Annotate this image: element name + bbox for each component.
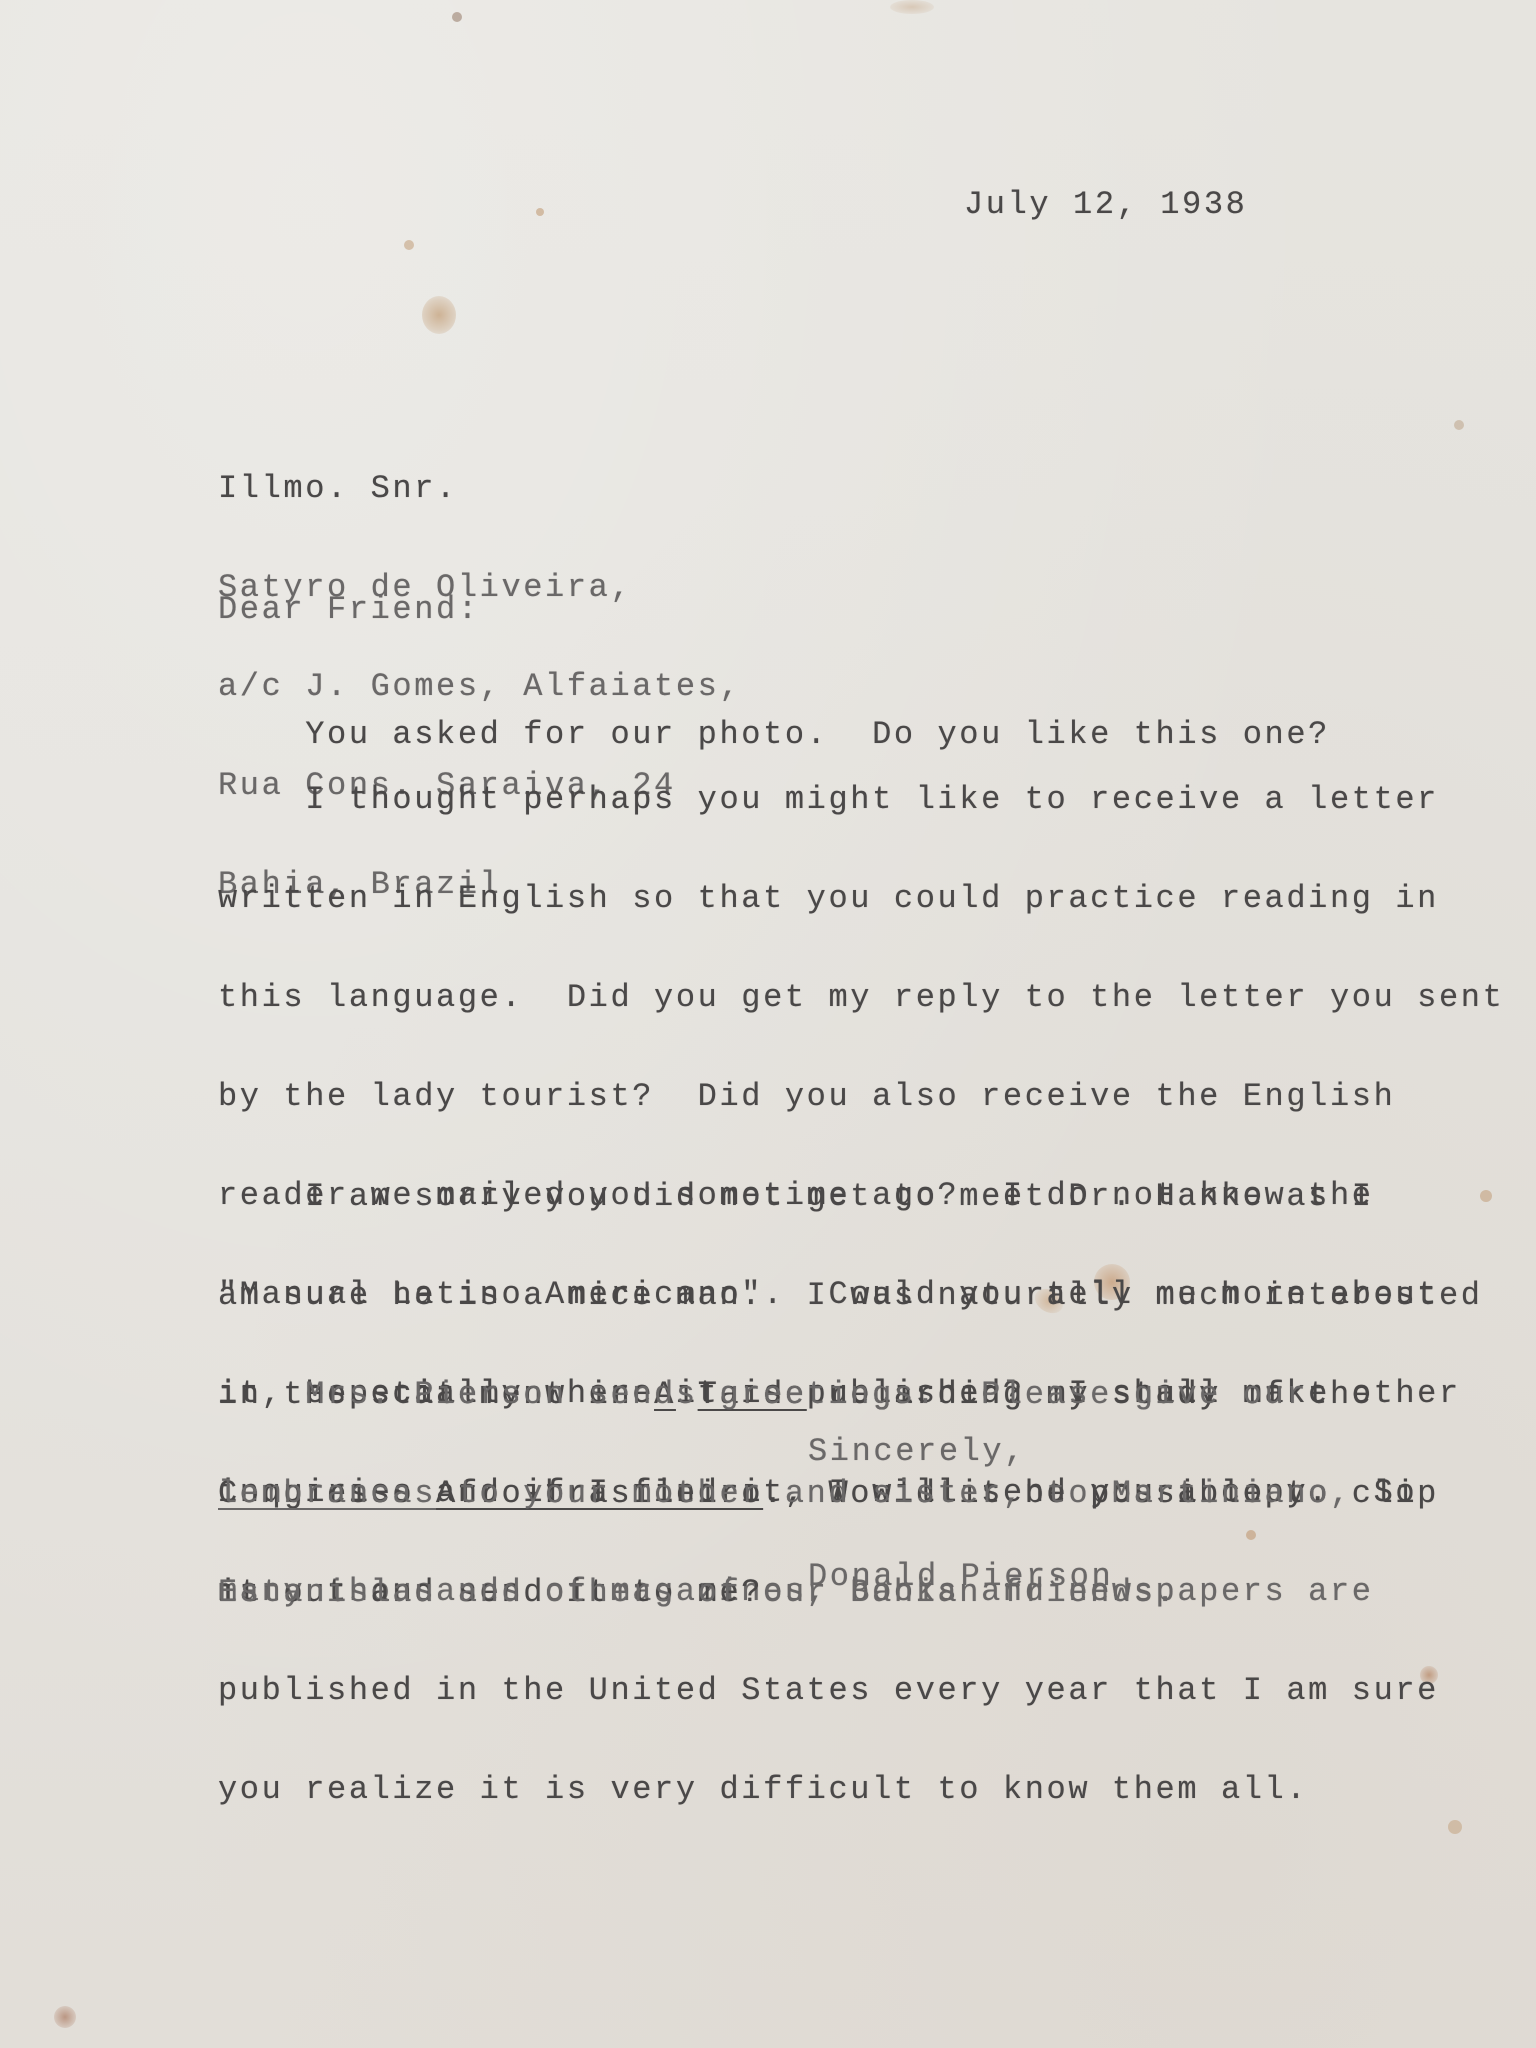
body-line: am sure he is a nice man. I was naturall… xyxy=(218,1279,1483,1312)
age-stain xyxy=(452,12,462,22)
letter-page: July 12, 1938 Illmo. Snr. Satyro de Oliv… xyxy=(0,0,1536,2048)
body-line: you realize it is very difficult to know… xyxy=(218,1773,1504,1806)
address-line: Illmo. Snr. xyxy=(218,472,741,505)
body-paragraph-4: Mrs. Pierson sends greetings. Please giv… xyxy=(218,1312,1352,1675)
age-stain xyxy=(1454,420,1464,430)
closing: Sincerely, xyxy=(808,1435,1026,1468)
age-stain xyxy=(536,208,544,216)
text-segment: to your mother and sister, to Martiniano… xyxy=(436,1475,1352,1512)
age-stain xyxy=(54,2006,76,2028)
body-line: Estanislau and others of our Bahian frie… xyxy=(218,1576,1352,1609)
body-line: lembrancas to your mother and sister, to… xyxy=(218,1477,1352,1510)
salutation: Dear Friend: xyxy=(218,593,480,626)
body-line: published in the United States every yea… xyxy=(218,1674,1504,1707)
body-line: by the lady tourist? Did you also receiv… xyxy=(218,1080,1504,1113)
age-stain xyxy=(422,296,456,334)
body-line: Mrs. Pierson sends greetings. Please giv… xyxy=(218,1378,1352,1411)
age-stain xyxy=(404,240,414,250)
portuguese-word-underlined: lembrancas xyxy=(218,1475,436,1512)
body-line: I am sorry you did not get to meet Dr. H… xyxy=(218,1180,1483,1213)
age-stain xyxy=(890,0,934,14)
body-line: I thought perhaps you might like to rece… xyxy=(218,783,1504,816)
body-line: this language. Did you get my reply to t… xyxy=(218,981,1504,1014)
signature-name: Donald Pierson xyxy=(808,1560,1113,1593)
body-line: written in English so that you could pra… xyxy=(218,882,1504,915)
letter-date: July 12, 1938 xyxy=(964,188,1247,221)
